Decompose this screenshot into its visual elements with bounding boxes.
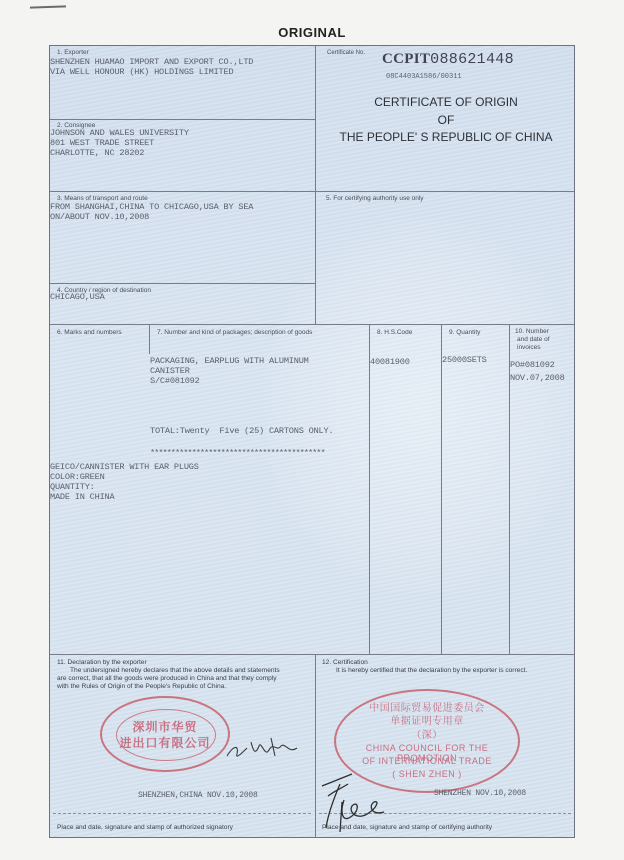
certificate-form: 1. Exporter SHENZHEN HUAMAO IMPORT AND E… (49, 45, 575, 838)
invoice-number: PO#081092 (510, 360, 555, 370)
invoice-header-3: invoices (517, 344, 540, 352)
certification-place-date: SHENZHEN NOV.10,2008 (434, 789, 526, 799)
marks-line-3: QUANTITY: (50, 482, 95, 492)
certifying-use-label: 5. For certifying authority use only (326, 195, 424, 203)
certification-text: It is hereby certified that the declarat… (336, 666, 527, 675)
divider-col7-col8 (369, 324, 370, 654)
title-line-1: CERTIFICATE OF ORIGIN (316, 95, 575, 109)
destination-value: CHICAGO,USA (50, 292, 105, 302)
ccpit-stamp-en-line-2: OF INTERNATIONAL TRADE (336, 756, 518, 766)
great-wall-watermark (260, 216, 575, 596)
page-edge-mark (30, 5, 66, 8)
exporter-stamp-cn-line-2: 进出口有限公司 (102, 734, 228, 751)
ccpit-stamp-cn-line-3: （深） (336, 726, 518, 741)
quantity-header: 9. Quantity (449, 329, 480, 337)
hs-code-header: 8. H.S.Code (377, 329, 412, 337)
description-line-3: S/C#081092 (150, 376, 200, 386)
exporter-label: 1. Exporter (57, 49, 89, 57)
certificate-no-label: Certificate No. (327, 50, 365, 56)
consignee-line-1: JOHNSON AND WALES UNIVERSITY (50, 128, 189, 138)
divider-goods-header (50, 324, 575, 325)
marks-line-1: GEICO/CANNISTER WITH EAR PLUGS (50, 462, 199, 472)
original-heading: ORIGINAL (0, 25, 624, 40)
description-header: 7. Number and kind of packages; descript… (157, 329, 312, 337)
marks-header: 6. Marks and numbers (57, 329, 122, 337)
certificate-number-prefix: CCPIT (382, 51, 430, 67)
divider-box2-box3 (50, 191, 575, 192)
divider-goods-bottom (50, 654, 575, 655)
declaration-place-date: SHENZHEN,CHINA NOV.10,2008 (138, 791, 258, 801)
divider-bottom-vertical (315, 654, 316, 838)
exporter-stamp-cn-line-1: 深圳市华贸 (102, 718, 228, 735)
divider-box3-box4 (50, 283, 315, 284)
certificate-number: CCPIT088621448 (382, 51, 514, 68)
certificate-number-digits: 088621448 (430, 51, 514, 68)
hs-code-value: 40081900 (370, 357, 410, 367)
description-line-2: CANISTER (150, 366, 190, 376)
certificate-sub-number: 08C4403A1586/00311 (386, 73, 462, 81)
invoice-header-2: and date of (517, 336, 550, 344)
consignee-line-2: 801 WEST TRADE STREET (50, 138, 154, 148)
consignee-line-3: CHARLOTTE, NC 28202 (50, 148, 144, 158)
marks-line-2: COLOR:GREEN (50, 472, 105, 482)
ccpit-stamp-cn-line-2: 单据证明专用章 (336, 712, 518, 727)
divider-upper-vertical (315, 46, 316, 324)
marks-line-4: MADE IN CHINA (50, 492, 114, 502)
divider-col6-stub (149, 324, 150, 354)
description-line-1: PACKAGING, EARPLUG WITH ALUMINUM (150, 356, 309, 366)
quantity-value: 25000SETS (442, 355, 487, 365)
exporter-company-stamp: 深圳市华贸 进出口有限公司 (100, 696, 230, 772)
separator-line: ****************************************… (150, 448, 325, 458)
certification-footer: Place and date, signature and stamp of c… (322, 823, 492, 832)
transport-line-1: FROM SHANGHAI,CHINA TO CHICAGO,USA BY SE… (50, 202, 253, 212)
invoice-header-1: 10. Number (515, 328, 549, 336)
total-line: TOTAL:Twenty Five (25) CARTONS ONLY. (150, 426, 333, 436)
exporter-line-2: VIA WELL HONOUR (HK) HOLDINGS LIMITED (50, 67, 233, 77)
declaration-text-3: with the Rules of Origin of the People's… (57, 682, 226, 691)
title-line-2: OF (316, 113, 575, 127)
exporter-line-1: SHENZHEN HUAMAO IMPORT AND EXPORT CO.,LT… (50, 57, 253, 67)
invoice-date: NOV.07,2008 (510, 373, 565, 383)
divider-col8-col9 (441, 324, 442, 654)
divider-box1-box2 (50, 119, 315, 120)
transport-line-2: ON/ABOUT NOV.10,2008 (50, 212, 149, 222)
title-line-3: THE PEOPLE' S REPUBLIC OF CHINA (316, 130, 575, 144)
signatory-dashed-line (53, 813, 311, 814)
exporter-signature (225, 732, 305, 762)
declaration-footer: Place and date, signature and stamp of a… (57, 823, 233, 832)
